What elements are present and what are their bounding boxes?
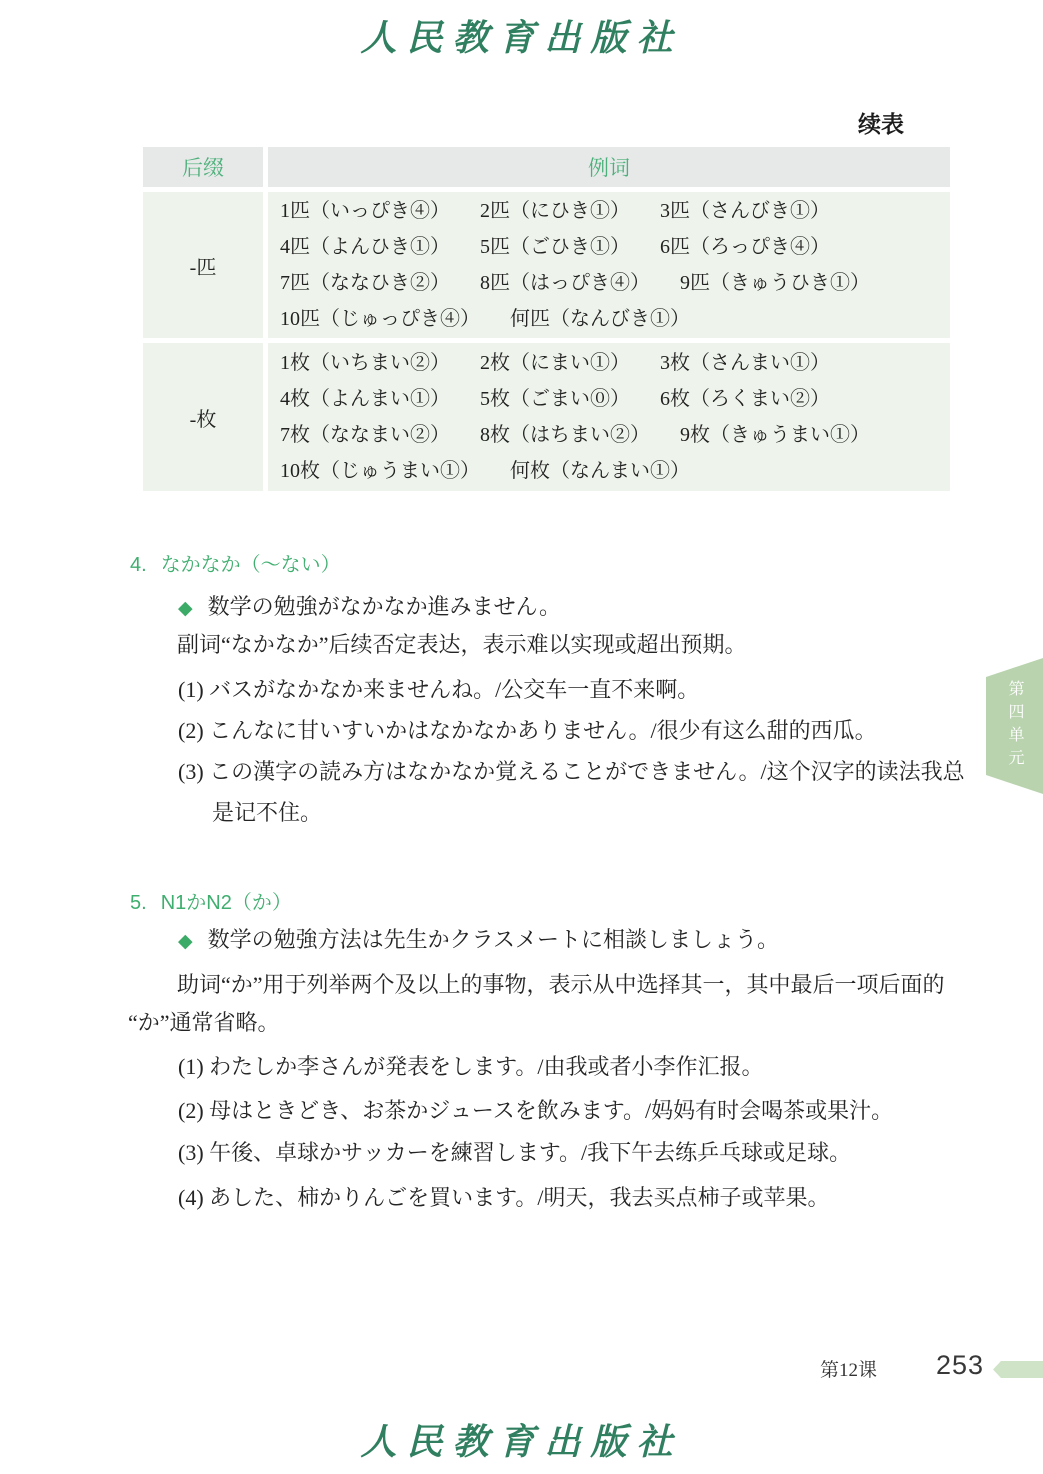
example-words-line: 10枚（じゅうまい①） 何枚（なんまい①） [280,453,950,489]
section-4-heading: 4.なかなか（～ない） [130,551,341,579]
diamond-bullet-icon: ◆ [178,597,193,619]
section-title: N1かN2（か） [161,892,292,914]
numbered-example: (2) こんなに甘いすいかはなかなかありません。/很少有这么甜的西瓜。 [178,716,877,746]
example-words-line: 1匹（いっぴき④） 2匹（にひき①） 3匹（さんびき①） [280,193,950,229]
numbered-example: (1) わたしか李さんが発表をします。/由我或者小李作汇报。 [178,1052,764,1082]
numbered-example: (1) バスがなかなか来ませんね。/公交车一直不来啊。 [178,675,699,705]
section-number: 5. [130,892,147,914]
textbook-page: 人民教育出版社 续表 后缀 例词 -匹 1匹（いっぴき④） 2匹（にひき①） 3… [0,0,1043,1474]
explanation-line: 副词“なかなか”后续否定表达，表示难以实现或超出预期。 [177,630,747,660]
publisher-logo-top: 人民教育出版社 [0,10,1043,61]
section-5-heading: 5.N1かN2（か） [130,889,292,917]
example-words-line: 4匹（よんひき①） 5匹（ごひき①） 6匹（ろっぴき④） [280,229,950,265]
numbered-example: (2) 母はときどき、お茶かジュースを飲みます。/妈妈有时会喝茶或果汁。 [178,1096,893,1126]
table-row-1-examples: 1匹（いっぴき④） 2匹（にひき①） 3匹（さんびき①） 4匹（よんひき①） 5… [268,192,950,338]
key-example-line: ◆数学の勉強方法は先生かクラスメートに相談しましょう。 [178,925,779,956]
explanation-continuation: “か”通常省略。 [128,1008,280,1038]
table-row-2-examples: 1枚（いちまい②） 2枚（にまい①） 3枚（さんまい①） 4枚（よんまい①） 5… [268,343,950,491]
table-row-2-suffix: -枚 [143,343,263,491]
continued-table-label: 续表 [858,106,904,139]
diamond-bullet-icon: ◆ [178,930,193,952]
example-words-line: 1枚（いちまい②） 2枚（にまい①） 3枚（さんまい①） [280,345,950,381]
unit-side-tab: 第四单元 [986,658,1043,794]
numbered-example-continuation: 是记不住。 [212,798,322,828]
numbered-example: (3) この漢字の読み方はなかなか覚えることができません。/这个汉字的读法我总 [178,757,965,787]
footer-lesson-label: 第12课 [820,1355,877,1382]
example-words-line: 4枚（よんまい①） 5枚（ごまい⓪） 6枚（ろくまい②） [280,381,950,417]
footer-page-number: 253 [936,1350,984,1381]
key-example-text: 数学の勉強がなかなか進みません。 [208,594,561,619]
section-title: なかなか（～ない） [161,554,341,576]
key-example-text: 数学の勉強方法は先生かクラスメートに相談しましょう。 [208,927,779,952]
key-example-line: ◆数学の勉強がなかなか進みません。 [178,592,561,623]
table-header-examples: 例词 [268,147,950,187]
table-row-1-suffix: -匹 [143,192,263,338]
example-words-line: 7枚（ななまい②） 8枚（はちまい②） 9枚（きゅうまい①） [280,417,950,453]
counter-suffix-table: 后缀 例词 -匹 1匹（いっぴき④） 2匹（にひき①） 3匹（さんびき①） 4匹… [143,147,950,491]
explanation-line: 助词“か”用于列举两个及以上的事物，表示从中选择其一，其中最后一项后面的 [177,970,945,1000]
table-header-suffix: 后缀 [143,147,263,187]
example-words-line: 7匹（ななひき②） 8匹（はっぴき④） 9匹（きゅうひき①） [280,265,950,301]
numbered-example: (3) 午後、卓球かサッカーを練習します。/我下午去练乒乓球或足球。 [178,1138,851,1168]
section-number: 4. [130,554,147,576]
example-words-line: 10匹（じゅっぴき④） 何匹（なんびき①） [280,301,950,337]
publisher-logo-bottom: 人民教育出版社 [0,1414,1043,1465]
unit-side-tab-label: 第四单元 [1003,680,1026,772]
footer-arrow-decoration [993,1361,1043,1378]
numbered-example: (4) あした、柿かりんごを買います。/明天，我去买点柿子或苹果。 [178,1183,830,1213]
